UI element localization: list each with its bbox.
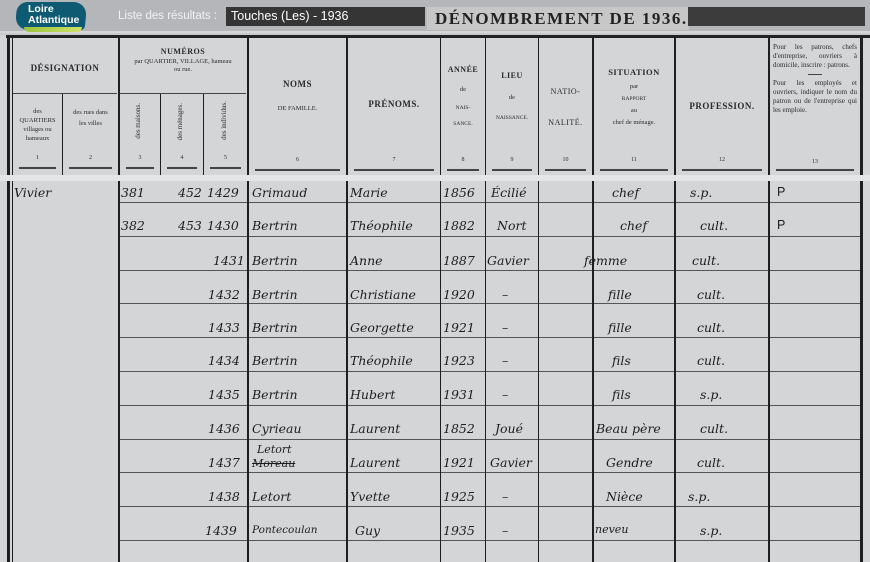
row-rule — [594, 405, 674, 406]
cell-maison: 381 — [121, 185, 145, 200]
header-underline — [255, 169, 340, 171]
row-rule — [249, 506, 346, 507]
cell-situation: fille — [608, 320, 632, 335]
cell-annee: 1925 — [443, 489, 475, 504]
row-rule — [594, 236, 674, 237]
cell-lieu: – — [502, 287, 508, 302]
top-bar: Loire Atlantique Liste des résultats : T… — [0, 0, 870, 33]
header-underline — [210, 167, 241, 169]
cell-situation: fils — [612, 353, 631, 368]
header-nationalite-num: 10 — [539, 157, 592, 163]
row-rule — [120, 506, 247, 507]
header-noms-title: NOMS — [249, 79, 346, 89]
cell-lieu: – — [502, 320, 508, 335]
row-rule — [348, 236, 440, 237]
cell-nom: Bertrin — [252, 353, 298, 368]
header-underline — [447, 169, 479, 171]
header-lieu-sub1: de — [486, 94, 538, 101]
cell-situation: Gendre — [606, 455, 653, 470]
cell-prenom: Marie — [350, 185, 388, 200]
cell-individu: 1437 — [208, 455, 240, 470]
row-rule — [539, 371, 592, 372]
row-rule — [120, 371, 247, 372]
cell-annee: 1852 — [443, 421, 475, 436]
cell-situation: femme — [584, 253, 627, 268]
row-rule — [594, 202, 674, 203]
row-rule — [486, 540, 538, 541]
cell-prenom: Hubert — [350, 387, 395, 402]
cell-annee: 1923 — [443, 353, 475, 368]
row-rule — [249, 405, 346, 406]
row-rule — [539, 337, 592, 338]
row-rule — [441, 371, 485, 372]
header-situation-sub2: RAPPORT — [594, 96, 674, 102]
row-rule — [249, 371, 346, 372]
header-nationalite: NATIO- NALITÉ. 10 — [539, 41, 592, 177]
cell-prenom: Yvette — [350, 489, 390, 504]
row-rule — [486, 439, 538, 440]
row-rule — [441, 337, 485, 338]
cell-annee: 1921 — [443, 455, 475, 470]
logo-green-stripe — [24, 27, 82, 32]
header-noms-num: 6 — [249, 157, 346, 163]
cell-patron: P — [777, 185, 785, 199]
cell-annee: 1882 — [443, 218, 475, 233]
cell-menage: 452 — [178, 185, 202, 200]
row-rule — [486, 303, 538, 304]
row-rule — [120, 439, 247, 440]
header-underline — [545, 169, 586, 171]
cell-profession: cult. — [692, 253, 720, 268]
row-rule — [486, 236, 538, 237]
row-rule — [539, 439, 592, 440]
cell-nom: Bertrin — [252, 387, 298, 402]
row-rule — [594, 270, 674, 271]
cell-profession: cult. — [697, 455, 725, 470]
header-col-5: des individus. 5 — [204, 95, 247, 175]
cell-nom: Bertrin — [252, 253, 298, 268]
row-rule — [676, 371, 768, 372]
header-patrons: Pour les patrons, chefs d'entreprise, ou… — [770, 41, 860, 177]
row-rule — [249, 439, 346, 440]
header-col-3-num: 3 — [120, 155, 160, 161]
column-line — [7, 38, 10, 562]
cell-situation: chef — [620, 218, 647, 233]
header-underline — [682, 169, 762, 171]
column-line — [860, 38, 863, 562]
cell-profession: cult. — [697, 320, 725, 335]
row-rule — [770, 270, 860, 271]
cell-individu: 1438 — [208, 489, 240, 504]
row-rule — [539, 202, 592, 203]
row-rule — [348, 371, 440, 372]
header-col-3: des maisons. 3 — [120, 95, 160, 175]
row-rule — [676, 405, 768, 406]
cell-nom: Bertrin — [252, 218, 298, 233]
row-rule — [770, 337, 860, 338]
cell-prenom: Théophile — [350, 353, 413, 368]
row-rule — [676, 540, 768, 541]
header-designation-title: DÉSIGNATION — [13, 63, 117, 73]
row-rule — [594, 540, 674, 541]
header-col-1: des QUARTIERS villages ou hameaux 1 — [13, 95, 62, 175]
header-nationalite-title2: NALITÉ. — [539, 118, 592, 127]
loire-atlantique-logo[interactable]: Loire Atlantique — [16, 2, 86, 33]
header-annee-sub1: de — [441, 86, 485, 93]
row-rule — [441, 439, 485, 440]
header-col-2-text: des rues dans les villes — [69, 107, 112, 129]
header-prenoms-title: PRÉNOMS. — [348, 99, 440, 109]
header-underline — [69, 167, 112, 169]
row-rule — [348, 439, 440, 440]
cell-profession: cult. — [700, 421, 728, 436]
row-rule — [594, 506, 674, 507]
row-rule — [676, 236, 768, 237]
logo-line-2: Atlantique — [28, 15, 79, 26]
header-col-3-text: des maisons. — [134, 103, 142, 139]
row-rule — [120, 202, 247, 203]
subheader-line — [120, 93, 246, 94]
cell-annee: 1931 — [443, 387, 475, 402]
row-rule — [441, 506, 485, 507]
row-rule — [348, 405, 440, 406]
row-rule — [770, 236, 860, 237]
results-value[interactable]: Touches (Les) - 1936 — [226, 7, 425, 26]
header-underline — [492, 169, 532, 171]
row-rule — [249, 472, 346, 473]
cell-nom: Bertrin — [252, 320, 298, 335]
row-rule — [486, 405, 538, 406]
cell-prenom: Georgette — [350, 320, 414, 335]
row-rule — [441, 472, 485, 473]
row-rule — [486, 202, 538, 203]
header-col-5-text: des individus. — [220, 101, 228, 140]
row-rule — [249, 303, 346, 304]
row-rule — [594, 371, 674, 372]
row-rule — [486, 270, 538, 271]
cell-profession: s.p. — [700, 523, 722, 538]
cell-annee: 1920 — [443, 287, 475, 302]
cell-lieu: Écilié — [491, 185, 527, 200]
cell-annee: 1887 — [443, 253, 475, 268]
cell-situation: Nièce — [606, 489, 643, 504]
cell-nom: Letort — [252, 489, 291, 504]
row-rule — [539, 506, 592, 507]
header-lieu-num: 9 — [486, 157, 538, 163]
row-rule — [594, 303, 674, 304]
header-underline — [600, 169, 668, 171]
row-rule — [441, 202, 485, 203]
row-rule — [486, 506, 538, 507]
header-situation-title: SITUATION — [594, 67, 674, 77]
cell-situation: chef — [612, 185, 639, 200]
cell-situation: fils — [612, 387, 631, 402]
cell-lieu: – — [502, 353, 508, 368]
row-rule — [539, 303, 592, 304]
cell-patron: P — [777, 218, 785, 232]
header-col-1-num: 1 — [13, 155, 62, 161]
page-edge — [6, 35, 870, 38]
cell-prenom: Laurent — [350, 455, 400, 470]
cell-nom: Cyrieau — [252, 421, 302, 436]
header-patrons-text2: Pour les employés et ouvriers, indiquer … — [770, 79, 860, 115]
row-rule — [120, 405, 247, 406]
header-col-5-num: 5 — [204, 155, 247, 161]
results-label: Liste des résultats : — [118, 10, 217, 22]
row-rule — [441, 540, 485, 541]
row-rule — [539, 472, 592, 473]
cell-individu: 1436 — [208, 421, 240, 436]
cell-prenom: Laurent — [350, 421, 400, 436]
cell-maison: 382 — [121, 218, 145, 233]
cell-quartier: Vivier — [14, 185, 51, 200]
cell-individu: 1433 — [208, 320, 240, 335]
cell-lieu: Nort — [497, 218, 526, 233]
row-rule — [120, 303, 247, 304]
cell-nom: Grimaud — [252, 185, 307, 200]
row-rule — [348, 303, 440, 304]
row-rule — [348, 202, 440, 203]
header-col-4-num: 4 — [161, 155, 203, 161]
row-rule — [676, 303, 768, 304]
header-situation-sub4: chef de ménage. — [594, 119, 674, 126]
header-patrons-text1: Pour les patrons, chefs d'entreprise, ou… — [770, 43, 860, 70]
cell-lieu: – — [502, 387, 508, 402]
document-title: DÉNOMBREMENT DE 1936. — [427, 7, 689, 30]
cell-individu: 1439 — [205, 523, 237, 538]
row-rule — [770, 371, 860, 372]
cell-situation: fille — [608, 287, 632, 302]
header-lieu-title: LIEU — [486, 71, 538, 80]
row-rule — [594, 439, 674, 440]
row-rule — [120, 236, 247, 237]
row-rule — [676, 472, 768, 473]
header-prenoms-num: 7 — [348, 157, 440, 163]
row-rule — [539, 270, 592, 271]
cell-nom-struck: Moreau — [252, 457, 295, 470]
row-rule — [486, 472, 538, 473]
row-rule — [676, 337, 768, 338]
cell-profession: cult. — [700, 218, 728, 233]
cell-lieu: Gavier — [487, 253, 529, 268]
header-profession: PROFESSION. 12 — [676, 41, 768, 177]
row-rule — [348, 337, 440, 338]
row-rule — [594, 337, 674, 338]
header-lieu-sub2: NAISSANCE. — [486, 115, 538, 121]
header-profession-num: 12 — [676, 157, 768, 163]
row-rule — [120, 337, 247, 338]
row-rule — [486, 337, 538, 338]
row-rule — [120, 540, 247, 541]
header-situation-sub1: par — [594, 83, 674, 90]
row-rule — [249, 337, 346, 338]
cell-situation: neveu — [595, 523, 628, 536]
row-rule — [348, 270, 440, 271]
header-underline — [776, 169, 854, 171]
header-noms: NOMS DE FAMILLE. 6 — [249, 41, 346, 177]
header-col-2: des rues dans les villes 2 — [63, 95, 118, 175]
row-rule — [539, 236, 592, 237]
cell-annee: 1935 — [443, 523, 475, 538]
cell-annee: 1856 — [443, 185, 475, 200]
header-underline — [19, 167, 56, 169]
row-rule — [249, 540, 346, 541]
cell-annee: 1921 — [443, 320, 475, 335]
row-rule — [441, 303, 485, 304]
cell-nom: Bertrin — [252, 287, 298, 302]
header-annee-sub3: SANCE. — [441, 121, 485, 127]
cell-prenom: Guy — [355, 523, 380, 538]
header-situation: SITUATION par RAPPORT au chef de ménage.… — [594, 41, 674, 177]
row-rule — [594, 472, 674, 473]
row-rule — [770, 472, 860, 473]
row-rule — [441, 236, 485, 237]
header-underline — [167, 167, 197, 169]
row-rule — [539, 405, 592, 406]
row-rule — [770, 439, 860, 440]
header-underline — [126, 167, 154, 169]
cell-individu: 1432 — [208, 287, 240, 302]
row-rule — [120, 270, 247, 271]
header-patrons-num: 13 — [770, 159, 860, 165]
header-nationalite-title: NATIO- — [539, 87, 592, 96]
row-rule — [249, 270, 346, 271]
cell-nom: Pontecoulan — [252, 524, 318, 536]
row-rule — [676, 439, 768, 440]
cell-profession: s.p. — [688, 489, 710, 504]
census-page: DÉSIGNATION des QUARTIERS villages ou ha… — [0, 35, 870, 562]
header-col-2-num: 2 — [63, 155, 118, 161]
header-patrons-rule — [808, 74, 822, 75]
row-rule — [249, 202, 346, 203]
cell-menage: 453 — [178, 218, 202, 233]
row-rule — [348, 472, 440, 473]
row-rule — [441, 270, 485, 271]
cell-profession: cult. — [697, 353, 725, 368]
row-rule — [770, 506, 860, 507]
row-rule — [348, 506, 440, 507]
header-situation-sub3: au — [594, 107, 674, 114]
header-annee-title: ANNÉE — [441, 65, 485, 74]
cell-individu: 1431 — [213, 253, 245, 268]
header-col-4-text: des ménages. — [176, 103, 184, 140]
cell-individu: 1434 — [208, 353, 240, 368]
cell-prenom: Christiane — [350, 287, 416, 302]
row-rule — [770, 202, 860, 203]
header-lieu: LIEU de NAISSANCE. 9 — [486, 41, 538, 177]
cell-individu: 1430 — [207, 218, 239, 233]
header-annee: ANNÉE de NAIS- SANCE. 8 — [441, 41, 485, 177]
cell-lieu: Gavier — [490, 455, 532, 470]
row-rule — [770, 540, 860, 541]
cell-lieu: – — [502, 523, 508, 538]
header-strip — [688, 7, 865, 26]
header-numeros-title: NUMÉROS — [120, 47, 246, 56]
row-rule — [676, 506, 768, 507]
cell-profession: s.p. — [700, 387, 722, 402]
cell-lieu: Joué — [495, 421, 523, 436]
row-rule — [676, 270, 768, 271]
header-numeros: NUMÉROS par QUARTIER, VILLAGE, hameau ou… — [120, 41, 246, 93]
header-profession-title: PROFESSION. — [676, 101, 768, 111]
header-annee-sub2: NAIS- — [441, 105, 485, 111]
row-rule — [539, 540, 592, 541]
row-rule — [486, 371, 538, 372]
cell-prenom: Anne — [350, 253, 383, 268]
cell-profession: cult. — [697, 287, 725, 302]
cell-profession: s.p. — [690, 185, 712, 200]
row-rule — [120, 472, 247, 473]
cell-situation: Beau père — [596, 421, 661, 436]
header-col-1-text: des QUARTIERS villages ou hameaux — [16, 107, 59, 143]
row-rule — [676, 202, 768, 203]
header-underline — [354, 169, 434, 171]
row-rule — [441, 405, 485, 406]
header-situation-num: 11 — [594, 157, 674, 163]
cell-prenom: Théophile — [350, 218, 413, 233]
header-col-4: des ménages. 4 — [161, 95, 203, 175]
row-rule — [249, 236, 346, 237]
cell-nom-correction: Letort — [257, 443, 292, 456]
row-rule — [770, 303, 860, 304]
header-numeros-sub: par QUARTIER, VILLAGE, hameau ou rue. — [132, 58, 234, 74]
cell-lieu: – — [502, 489, 508, 504]
cell-individu: 1429 — [207, 185, 239, 200]
header-noms-sub: DE FAMILLE. — [249, 105, 346, 112]
header-annee-num: 8 — [441, 157, 485, 163]
logo-text: Loire Atlantique — [28, 4, 79, 26]
row-rule — [348, 540, 440, 541]
subheader-line — [13, 93, 117, 94]
header-prenoms: PRÉNOMS. 7 — [348, 41, 440, 177]
row-rule — [770, 405, 860, 406]
header-designation: DÉSIGNATION — [13, 41, 117, 93]
cell-individu: 1435 — [208, 387, 240, 402]
